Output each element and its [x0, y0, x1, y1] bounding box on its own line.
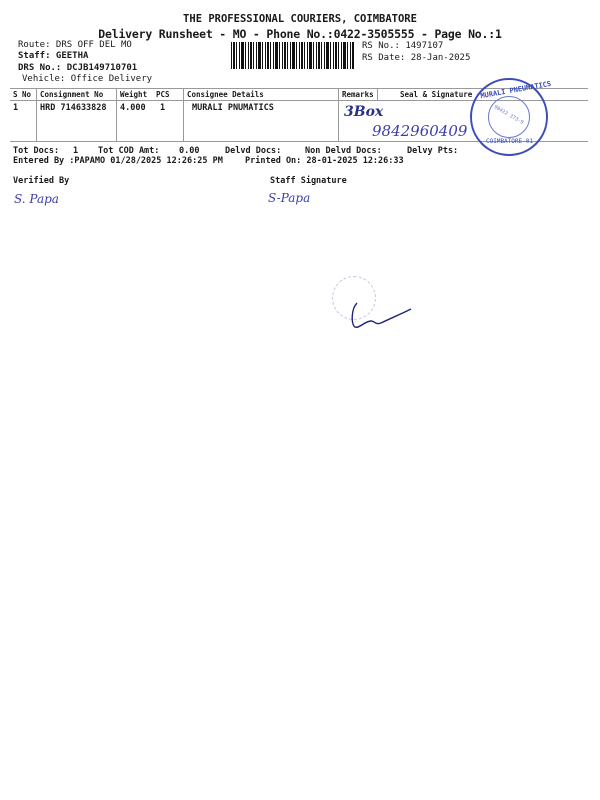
- delvd-docs-label: Delvd Docs:: [225, 146, 281, 156]
- entered-by: Entered By :PAPAMO 01/28/2025 12:26:25 P…: [13, 156, 223, 166]
- row-consignment-no: HRD 714633828: [40, 103, 107, 113]
- tot-cod-value: 0.00: [179, 146, 199, 156]
- barcode: [231, 42, 355, 69]
- row-pcs: 1: [160, 103, 165, 113]
- col-divider: [116, 88, 117, 141]
- non-delvd-docs-label: Non Delvd Docs:: [305, 146, 382, 156]
- vehicle: Vehicle: Office Delivery: [22, 74, 152, 84]
- header-sno: S No: [13, 90, 31, 99]
- runsheet-subtitle: Delivery Runsheet - MO - Phone No.:0422-…: [0, 27, 600, 41]
- header-pcs: PCS: [156, 90, 170, 99]
- verified-by-signature: S. Papa: [14, 192, 59, 206]
- staff-signature-label: Staff Signature: [270, 176, 347, 186]
- drs-number: DRS No.: DCJB149710701: [18, 63, 137, 73]
- col-divider: [338, 88, 339, 141]
- rs-number: RS No.: 1497107: [362, 41, 443, 51]
- col-divider: [183, 88, 184, 141]
- staff-signature: S-Papa: [268, 191, 310, 205]
- row-weight: 4.000: [120, 103, 146, 113]
- col-divider: [377, 88, 378, 100]
- handwritten-remarks: 3Box: [344, 104, 383, 120]
- route: Route: DRS OFF DEL MO: [18, 40, 132, 50]
- col-divider: [36, 88, 37, 141]
- verified-by-label: Verified By: [13, 176, 69, 186]
- company-seal-stamp: MURALI PNEUMATICS 90422 373-9 COIMBATORE…: [470, 78, 548, 156]
- header-consignee: Consignee Details: [187, 90, 264, 99]
- header-weight: Weight: [120, 90, 147, 99]
- rs-date: RS Date: 28-Jan-2025: [362, 53, 470, 63]
- header-remarks: Remarks: [342, 90, 374, 99]
- tot-docs-value: 1: [73, 146, 78, 156]
- tot-cod-label: Tot COD Amt:: [98, 146, 159, 156]
- header-consignment: Consignment No: [40, 90, 103, 99]
- printed-on: Printed On: 28-01-2025 12:26:33: [245, 156, 404, 166]
- handwritten-phone: 9842960409: [372, 122, 467, 140]
- stamp-bottom-text: COIMBATORE-01: [486, 138, 533, 145]
- company-title: THE PROFESSIONAL COURIERS, COIMBATORE: [0, 13, 600, 25]
- tot-docs-label: Tot Docs:: [13, 146, 59, 156]
- delvy-pts-label: Delvy Pts:: [407, 146, 458, 156]
- staff: Staff: GEETHA: [18, 51, 88, 61]
- row-sno: 1: [13, 103, 18, 113]
- signature-scribble: [345, 295, 415, 335]
- header-seal-signature: Seal & Signature: [400, 90, 472, 99]
- row-consignee: MURALI PNUMATICS: [192, 103, 274, 113]
